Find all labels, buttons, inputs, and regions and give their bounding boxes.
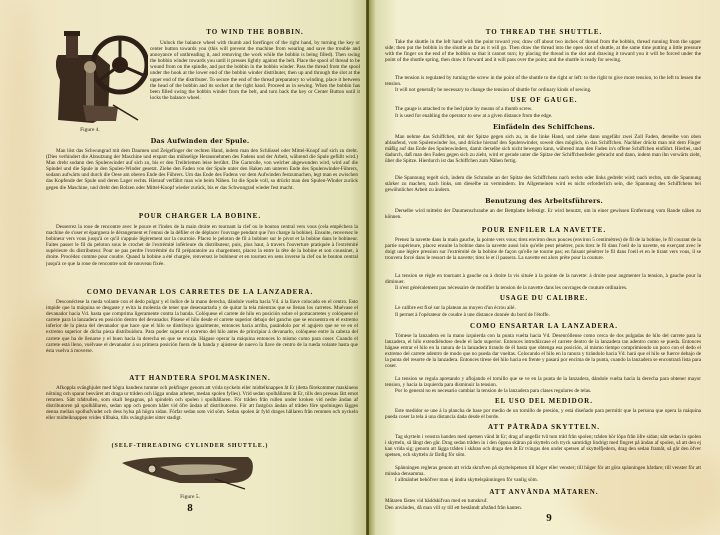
section-text: Por lo general no es necesario cambiar l… <box>385 388 701 395</box>
section-text: It will not generally be necessary to ch… <box>385 87 701 94</box>
section-text: Mätaren fästes vid bäddskifvan med en tu… <box>385 498 701 505</box>
section-text: Il n'est généralement pas nécessaire de … <box>385 285 701 292</box>
section-heading: ATT HANDTERA SPOLMASKINEN. <box>40 374 360 382</box>
section-text: Le calibre est fixé sur la platean au mo… <box>385 305 701 312</box>
section-heading: Einfädeln des Schiffchens. <box>379 123 709 131</box>
section-text: The gauge is attached to the bed plate b… <box>385 106 701 113</box>
shuttle-icon <box>120 455 260 493</box>
figure-5-title: (SELF-THREADING CYLINDER SHUTTLE.) <box>100 443 280 449</box>
section-text: Unlock the balance wheel with thumb and … <box>150 40 360 120</box>
section-heading: TO THREAD THE SHUTTLE. <box>379 28 709 36</box>
section-text: Man nehme das Schiffchen, mit der Spitze… <box>385 134 701 177</box>
section-text: La tension se regula apretando y aflojan… <box>385 376 701 388</box>
section-heading: Benutzung des Arbeitsführers. <box>379 197 709 205</box>
section-heading: COMO DEVANAR LOS CARRETES DE LA LANZADER… <box>40 288 360 296</box>
section-heading: POUR CHARGER LA BOBINE. <box>40 212 360 220</box>
section-text: The tension is regulated by turning the … <box>385 75 701 87</box>
section-text: La tension se règle en tournant à gauche… <box>385 273 701 285</box>
section-heading: COMO ENSARTAR LA LANZADERA. <box>379 322 709 330</box>
right-page: TO THREAD THE SHUTTLE. Take the shuttle … <box>369 0 720 535</box>
section-heading: USAGE DU CALIBRE. <box>379 294 709 302</box>
section-text: Desconéctese la rueda volante con el ded… <box>46 299 358 366</box>
section-heading: ATT ANVÄNDA MÄTAREN. <box>379 488 709 496</box>
left-page: Figure 4. TO WIND THE BOBBIN. Unlock the… <box>0 0 368 535</box>
section-text: Prenez la navette dans la main gauche, l… <box>385 237 701 274</box>
section-text: I allmänhet behöfver man ej ändra skytte… <box>385 477 701 484</box>
section-text: Die Spannung regelt sich, indem die Schr… <box>385 175 701 194</box>
page-number: 9 <box>534 512 564 524</box>
section-text: Afkoppla svänghjulet med högra handens t… <box>46 385 358 434</box>
sewing-machine-icon <box>48 25 148 130</box>
section-text: Tag skytteln i venstra handen med spetse… <box>385 434 701 465</box>
section-text: Derselbe wird mittelst der Daumenschraub… <box>385 208 701 221</box>
section-heading: POUR ENFILER LA NAVETTE. <box>379 226 709 234</box>
figure-5-caption: Figure 5. <box>160 494 220 500</box>
paper-stain <box>0 0 40 535</box>
page-number: 8 <box>175 502 205 514</box>
section-heading: USE OF GAUGE. <box>379 96 709 104</box>
section-text: Den användes, då man vill sy till ett be… <box>385 505 701 512</box>
section-text: Take the shuttle in the left hand with t… <box>385 39 701 75</box>
section-text: Tómese la lanzadera en la mano izquierda… <box>385 333 701 376</box>
figure-4-caption: Figure 4. <box>60 127 120 133</box>
section-text: It is used for enabling the operator to … <box>385 113 701 120</box>
section-text: Este medidor se une á la plancha de base… <box>385 408 701 421</box>
section-text: Desserrez la roue de rencontre avec le p… <box>46 224 358 279</box>
section-heading: ATT PÅTRÄDA SKYTTELN. <box>379 423 709 431</box>
section-text: Spänningen regleras genom att vrida skru… <box>385 465 701 477</box>
section-text: Il permet à l'opérateur de coudre à une … <box>385 312 701 319</box>
section-heading: TO WIND THE BOBBIN. <box>150 28 360 36</box>
section-text: Man löst das Schwungrad mit dem Daumen u… <box>46 148 358 203</box>
section-heading: Das Aufwinden der Spule. <box>40 137 360 145</box>
section-heading: EL USO DEL MEDIDOR. <box>379 397 709 405</box>
